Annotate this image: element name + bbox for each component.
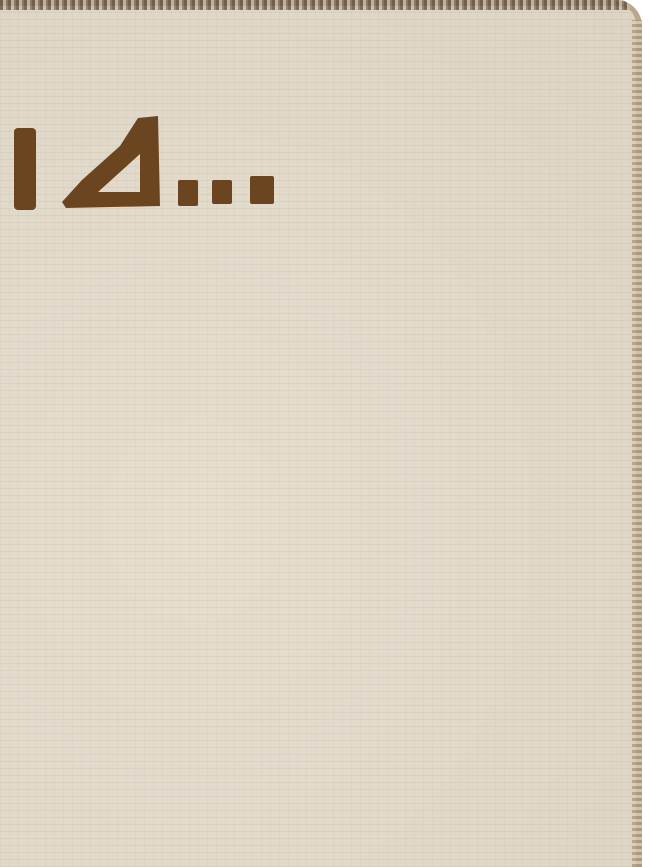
rug-motif <box>0 100 290 220</box>
rug-top-edge <box>0 0 630 10</box>
rug-photo <box>0 0 650 867</box>
rug-right-edge <box>632 20 642 867</box>
motif-glyph-icon <box>0 100 290 220</box>
